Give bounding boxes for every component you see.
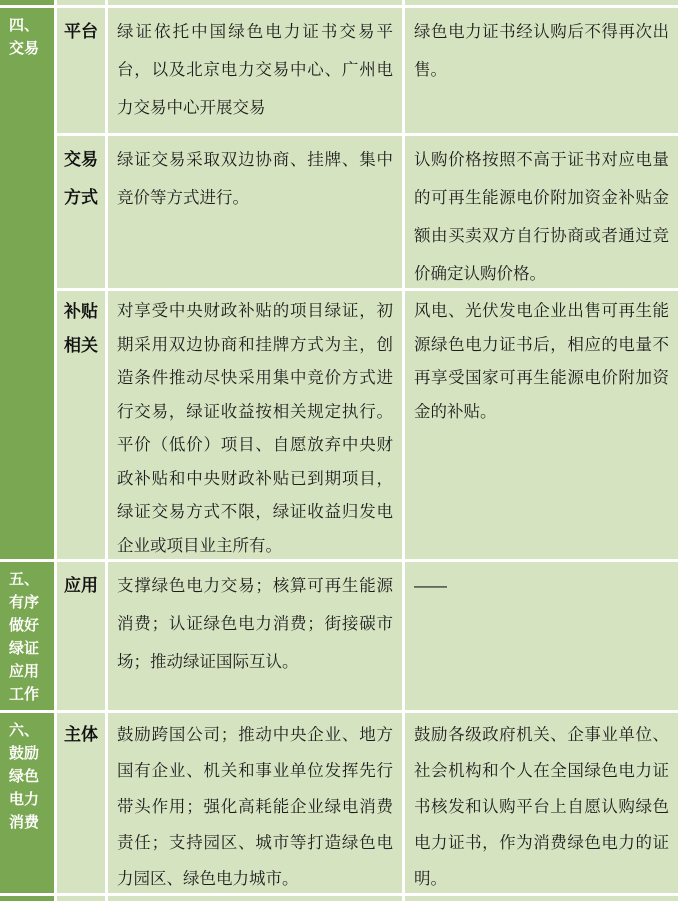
row-trading-method-right-content: 认购价格按照不高于证书对应电量的可再生能源电价附加资金补贴金额由买卖双方自行协商…	[405, 136, 678, 288]
top-sliver-section-cell	[0, 0, 54, 5]
section-cell-green-power-consumption: 六、 鼓励 绿色 电力 消费	[0, 713, 54, 893]
section-cell-trading: 四、 交易	[0, 8, 54, 559]
row-label-platform: 平台	[57, 8, 105, 133]
row-label-application: 应用	[57, 562, 105, 710]
section-cell-certificate-application: 五、 有序 做好 绿证 应用 工作	[0, 562, 54, 710]
row-application-right-content: ——	[405, 562, 678, 710]
bottom-sliver-left-cell	[108, 896, 402, 901]
row-platform-right-content: 绿色电力证书经认购后不得再次出售。	[405, 8, 678, 133]
row-platform-left-content: 绿证依托中国绿色电力证书交易平台，以及北京电力交易中心、广州电力交易中心开展交易	[108, 8, 402, 133]
top-sliver-label-cell	[57, 0, 105, 5]
green-certificate-policy-table: 四、 交易 五、 有序 做好 绿证 应用 工作 六、 鼓励 绿色 电力 消费 平…	[0, 0, 678, 901]
row-subject-right-content: 鼓励各级政府机关、企事业单位、社会机构和个人在全国绿色电力证书核发和认购平台上自…	[405, 713, 678, 893]
bottom-sliver-section-cell	[0, 896, 54, 901]
row-label-subject: 主体	[57, 713, 105, 893]
row-application-left-content: 支撑绿色电力交易；核算可再生能源消费；认证绿色电力消费；街接碳市场；推动绿证国际…	[108, 562, 402, 710]
row-subsidy-right-content: 风电、光伏发电企业出售可再生能源绿色电力证书后，相应的电量不再享受国家可再生能源…	[405, 291, 678, 559]
bottom-sliver-label-cell	[57, 896, 105, 901]
row-trading-method-left-content: 绿证交易采取双边协商、挂牌、集中竞价等方式进行。	[108, 136, 402, 288]
row-label-subsidy-related: 补贴 相关	[57, 291, 105, 559]
row-subject-left-content: 鼓励跨国公司；推动中央企业、地方国有企业、机关和事业单位发挥先行带头作用；强化高…	[108, 713, 402, 893]
bottom-sliver-right-cell	[405, 896, 678, 901]
row-subsidy-left-content: 对享受中央财政补贴的项目绿证，初期采用双边协商和挂牌方式为主，创造条件推动尽快采…	[108, 291, 402, 559]
top-sliver-left-cell	[108, 0, 402, 5]
top-sliver-right-cell	[405, 0, 678, 5]
row-label-trading-method: 交易 方式	[57, 136, 105, 288]
